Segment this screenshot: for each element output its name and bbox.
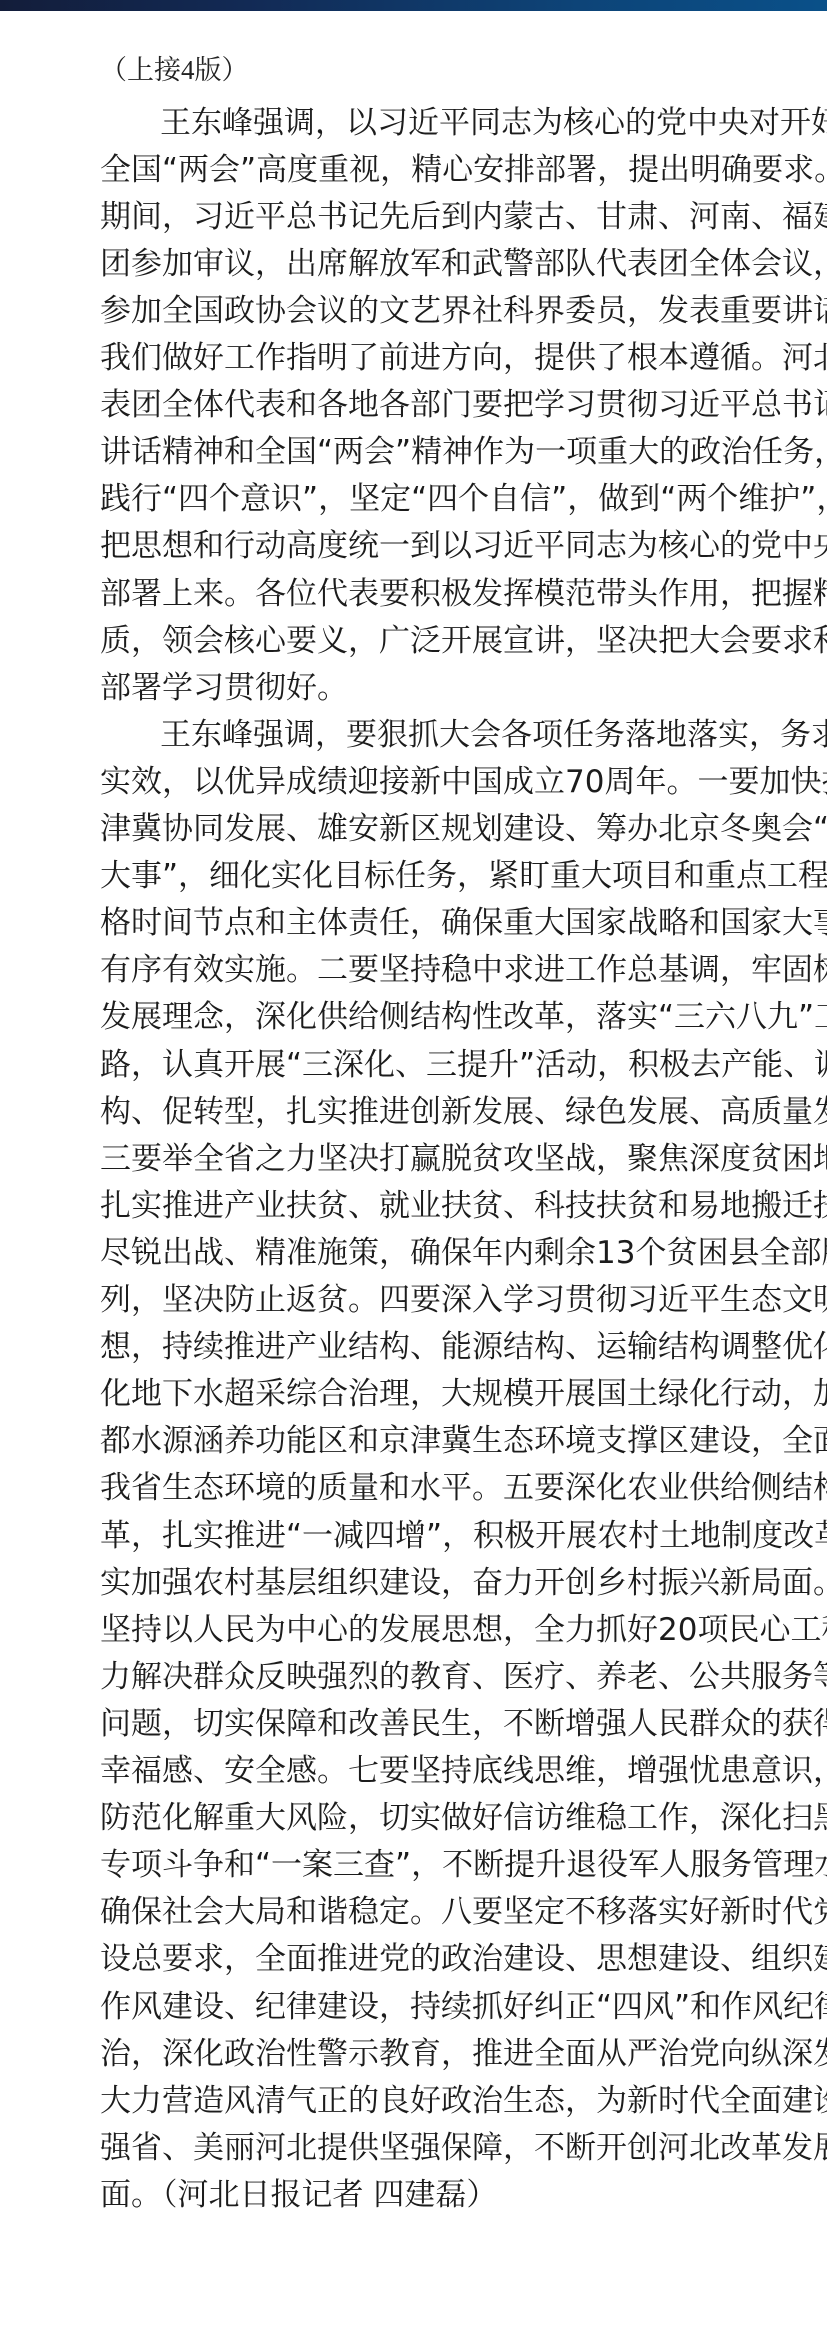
text-line: 面。（河北日报记者 四建磊） <box>100 2172 812 2219</box>
text-line: 格时间节点和主体责任，确保重大国家战略和国家大事有力 <box>100 900 812 947</box>
text-line: 想，持续推进产业结构、能源结构、运输结构调整优化，深 <box>100 1324 812 1371</box>
text-line: 坚持以人民为中心的发展思想，全力抓好20项民心工程，着 <box>100 1607 812 1654</box>
text-line: 专项斗争和“一案三查”，不断提升退役军人服务管理水平， <box>100 1842 812 1889</box>
text-line: 列，坚决防止返贫。四要深入学习贯彻习近平生态文明思 <box>100 1277 812 1324</box>
text-line: 力解决群众反映强烈的教育、医疗、养老、公共服务等突出 <box>100 1654 812 1701</box>
text-line: 革，扎实推进“一减四增”，积极开展农村土地制度改革，切 <box>100 1513 812 1560</box>
text-line: 发展理念，深化供给侧结构性改革，落实“三六八九”工作思 <box>100 994 812 1041</box>
text-line: 尽锐出战、精准施策，确保年内剩余13个贫困县全部脱贫出 <box>100 1230 812 1277</box>
text-line: 讲话精神和全国“两会”精神作为一项重大的政治任务，自觉 <box>100 429 812 476</box>
text-line: 幸福感、安全感。七要坚持底线思维，增强忧患意识，着力 <box>100 1748 812 1795</box>
text-line: 把思想和行动高度统一到以习近平同志为核心的党中央决策 <box>100 523 812 570</box>
text-line: 表团全体代表和各地各部门要把学习贯彻习近平总书记重要 <box>100 382 812 429</box>
continued-from-label: （上接4版） <box>100 52 249 88</box>
text-line: 全国“两会”高度重视，精心安排部署，提出明确要求。大会 <box>100 147 812 194</box>
text-line: 期间，习近平总书记先后到内蒙古、甘肃、河南、福建代表 <box>100 194 812 241</box>
text-line: 作风建设、纪律建设，持续抓好纠正“四风”和作风纪律专项整 <box>100 1984 812 2031</box>
text-line: 王东峰强调，以习近平同志为核心的党中央对开好今年 <box>160 100 812 147</box>
text-line: 大事”，细化实化目标任务，紧盯重大项目和重点工程，严 <box>100 853 812 900</box>
text-line: 质，领会核心要义，广泛开展宣讲，坚决把大会要求和各项 <box>100 618 812 665</box>
text-line: 治，深化政治性警示教育，推进全面从严治党向纵深发展， <box>100 2031 812 2078</box>
text-line: 大力营造风清气正的良好政治生态，为新时代全面建设经济 <box>100 2078 812 2125</box>
text-line: 都水源涵养功能区和京津冀生态环境支撑区建设，全面提升 <box>100 1418 812 1465</box>
text-line: 实效，以优异成绩迎接新中国成立70周年。一要加快推进京 <box>100 759 812 806</box>
text-line: 扎实推进产业扶贫、就业扶贫、科技扶贫和易地搬迁扶贫， <box>100 1183 812 1230</box>
text-line: 构、促转型，扎实推进创新发展、绿色发展、高质量发展。 <box>100 1089 812 1136</box>
text-line: 化地下水超采综合治理，大规模开展国土绿化行动，加快首 <box>100 1371 812 1418</box>
text-line: 部署上来。各位代表要积极发挥模范带头作用，把握精神实 <box>100 571 812 618</box>
text-line: 我们做好工作指明了前进方向，提供了根本遵循。河北省代 <box>100 335 812 382</box>
text-line: 设总要求，全面推进党的政治建设、思想建设、组织建设、 <box>100 1936 812 1983</box>
text-line: 部署学习贯彻好。 <box>100 665 812 712</box>
text-line: 确保社会大局和谐稳定。八要坚定不移落实好新时代党的建 <box>100 1889 812 1936</box>
text-line: 强省、美丽河北提供坚强保障，不断开创河北改革发展新局 <box>100 2125 812 2172</box>
text-line: 实加强农村基层组织建设，奋力开创乡村振兴新局面。六要 <box>100 1560 812 1607</box>
text-line: 津冀协同发展、雄安新区规划建设、筹办北京冬奥会“三件 <box>100 806 812 853</box>
text-line: 有序有效实施。二要坚持稳中求进工作总基调，牢固树立新 <box>100 947 812 994</box>
text-line: 团参加审议，出席解放军和武警部队代表团全体会议，看望 <box>100 241 812 288</box>
text-line: 三要举全省之力坚决打赢脱贫攻坚战，聚焦深度贫困地区， <box>100 1136 812 1183</box>
text-line: 路，认真开展“三深化、三提升”活动，积极去产能、调结 <box>100 1042 812 1089</box>
text-line: 我省生态环境的质量和水平。五要深化农业供给侧结构性改 <box>100 1465 812 1512</box>
text-line: 王东峰强调，要狠抓大会各项任务落地落实，务求工作 <box>160 712 812 759</box>
header-bar <box>0 0 827 11</box>
text-line: 参加全国政协会议的文艺界社科界委员，发表重要讲话，为 <box>100 288 812 335</box>
text-line: 防范化解重大风险，切实做好信访维稳工作，深化扫黑除恶 <box>100 1795 812 1842</box>
text-line: 问题，切实保障和改善民生，不断增强人民群众的获得感、 <box>100 1701 812 1748</box>
text-line: 践行“四个意识”，坚定“四个自信”，做到“两个维护”，切实 <box>100 476 812 523</box>
